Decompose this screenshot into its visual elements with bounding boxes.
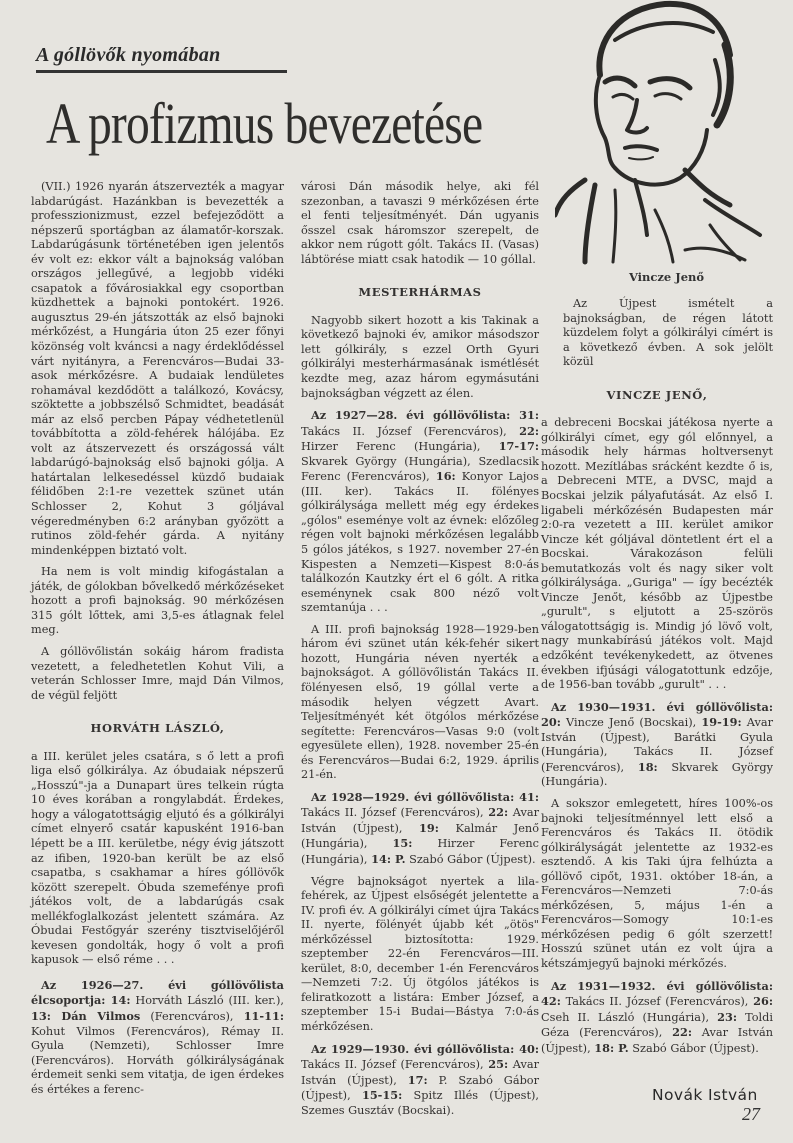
scorer-list-1926-27: Az 1926—27. évi góllövőlista élcsoportja…	[31, 978, 284, 1097]
paragraph: Ha nem is volt mindig kifogástalan a ját…	[31, 565, 284, 638]
list-bold: 22:	[488, 805, 508, 819]
list-bold: 22:	[672, 1025, 692, 1039]
list-text: Kohut Vilmos (Ferencváros), Rémay II. Gy…	[31, 1025, 284, 1096]
article-headline: A profizmus bevezetése	[46, 92, 482, 156]
list-bold: 26:	[753, 994, 773, 1008]
sketch-portrait-icon	[555, 0, 780, 265]
scorer-list-1927-28: Az 1927—28. évi góllövőlista: 31: Takács…	[301, 408, 539, 616]
list-bold: 15:	[393, 836, 413, 850]
series-kicker: A góllövők nyomában	[36, 44, 221, 67]
list-bold: 16:	[436, 469, 456, 483]
list-bold: 17:	[408, 1073, 428, 1087]
paragraph: (VII.) 1926 nyarán átszervezték a magyar…	[31, 180, 284, 558]
list-bold: 14: P.	[371, 852, 405, 866]
list-text: Szabó Gábor (Újpest).	[406, 853, 536, 866]
list-bold: 25:	[488, 1057, 508, 1071]
list-bold: 18: P.	[594, 1041, 628, 1055]
paragraph: a III. kerület jeles csatára, s ő lett a…	[31, 750, 284, 968]
paragraph: A sokszor emlegetett, híres 100%-os bajn…	[541, 797, 773, 972]
list-lead: Az 1927—28. évi góllövőlista: 31:	[311, 408, 539, 422]
list-text: Cseh II. László (Hungária),	[541, 1011, 717, 1024]
paragraph: Nagyobb sikert hozott a kis Takinak a kö…	[301, 314, 539, 401]
paragraph: Végre bajnokságot nyertek a lila-fehérek…	[301, 875, 539, 1035]
subheading-vincze: VINCZE JENŐ,	[541, 388, 773, 403]
page-number: 27	[742, 1104, 760, 1125]
list-bold: 22:	[519, 424, 539, 438]
list-bold: 15-15:	[362, 1088, 402, 1102]
list-bold: 18:	[638, 760, 658, 774]
list-text: Takács II. József (Ferencváros),	[561, 995, 753, 1008]
list-bold: 19-19:	[701, 715, 741, 729]
list-text: Takács II. József (Ferencváros),	[301, 425, 519, 438]
subheading-horvath: HORVÁTH LÁSZLÓ,	[31, 721, 284, 736]
list-text: Takács II. József (Ferencváros),	[301, 806, 488, 819]
list-bold: 23:	[717, 1010, 737, 1024]
list-text: Vincze Jenő (Bocskai),	[561, 716, 701, 729]
kicker-underline	[36, 70, 287, 73]
portrait-caption: Vincze Jenő	[540, 270, 793, 284]
list-bold: 11-11:	[244, 1009, 284, 1023]
article-column-2: városi Dán második helye, aki fél szezon…	[301, 180, 539, 1125]
list-text: Horváth László (III. ker.),	[131, 994, 284, 1007]
scorer-list-1929-30: Az 1929—1930. évi góllövőlista: 40: Taká…	[301, 1042, 539, 1119]
list-lead: Az 1929—1930. évi góllövőlista: 40:	[311, 1042, 539, 1056]
list-bold: 17-17:	[499, 439, 539, 453]
article-column-3: Az Újpest ismételt a bajnokságban, de ré…	[541, 297, 773, 1063]
list-lead: Az 1928—1929. évi góllövőlista: 41:	[311, 790, 539, 804]
list-text: Konyor Lajos (III. ker). Takács II. fölé…	[301, 470, 539, 614]
list-text: (Ferencváros),	[140, 1010, 243, 1023]
scorer-list-1931-32: Az 1931—1932. évi góllövőlista: 42: Taká…	[541, 979, 773, 1057]
paragraph: városi Dán második helye, aki fél szezon…	[301, 180, 539, 267]
scorer-list-1930-31: Az 1930—1931. évi góllövőlista: 20: Vinc…	[541, 700, 773, 790]
list-bold: 13: Dán Vilmos	[31, 1009, 140, 1023]
scorer-list-1928-29: Az 1928—1929. évi góllövőlista: 41: Taká…	[301, 790, 539, 868]
magazine-page: A góllövők nyomában A profizmus bevezeté…	[0, 0, 793, 1143]
paragraph: A góllövőlistán sokáig három fradista ve…	[31, 645, 284, 703]
list-text: Takács II. József (Ferencváros),	[301, 1058, 488, 1071]
list-bold: 19:	[419, 821, 439, 835]
author-byline: Novák István	[652, 1086, 758, 1104]
list-text: Szabó Gábor (Újpest).	[629, 1042, 759, 1055]
paragraph: Az Újpest ismételt a bajnokságban, de ré…	[541, 297, 773, 370]
paragraph: a debreceni Bocskai játékosa nyerte a gó…	[541, 416, 773, 692]
list-text: Hirzer Ferenc (Hungária),	[301, 440, 499, 453]
subheading-mesterharmas: MESTERHÁRMAS	[301, 285, 539, 300]
paragraph: A III. profi bajnokság 1928—1929-ben hár…	[301, 623, 539, 783]
article-column-1: (VII.) 1926 nyarán átszervezték a magyar…	[31, 180, 284, 1104]
